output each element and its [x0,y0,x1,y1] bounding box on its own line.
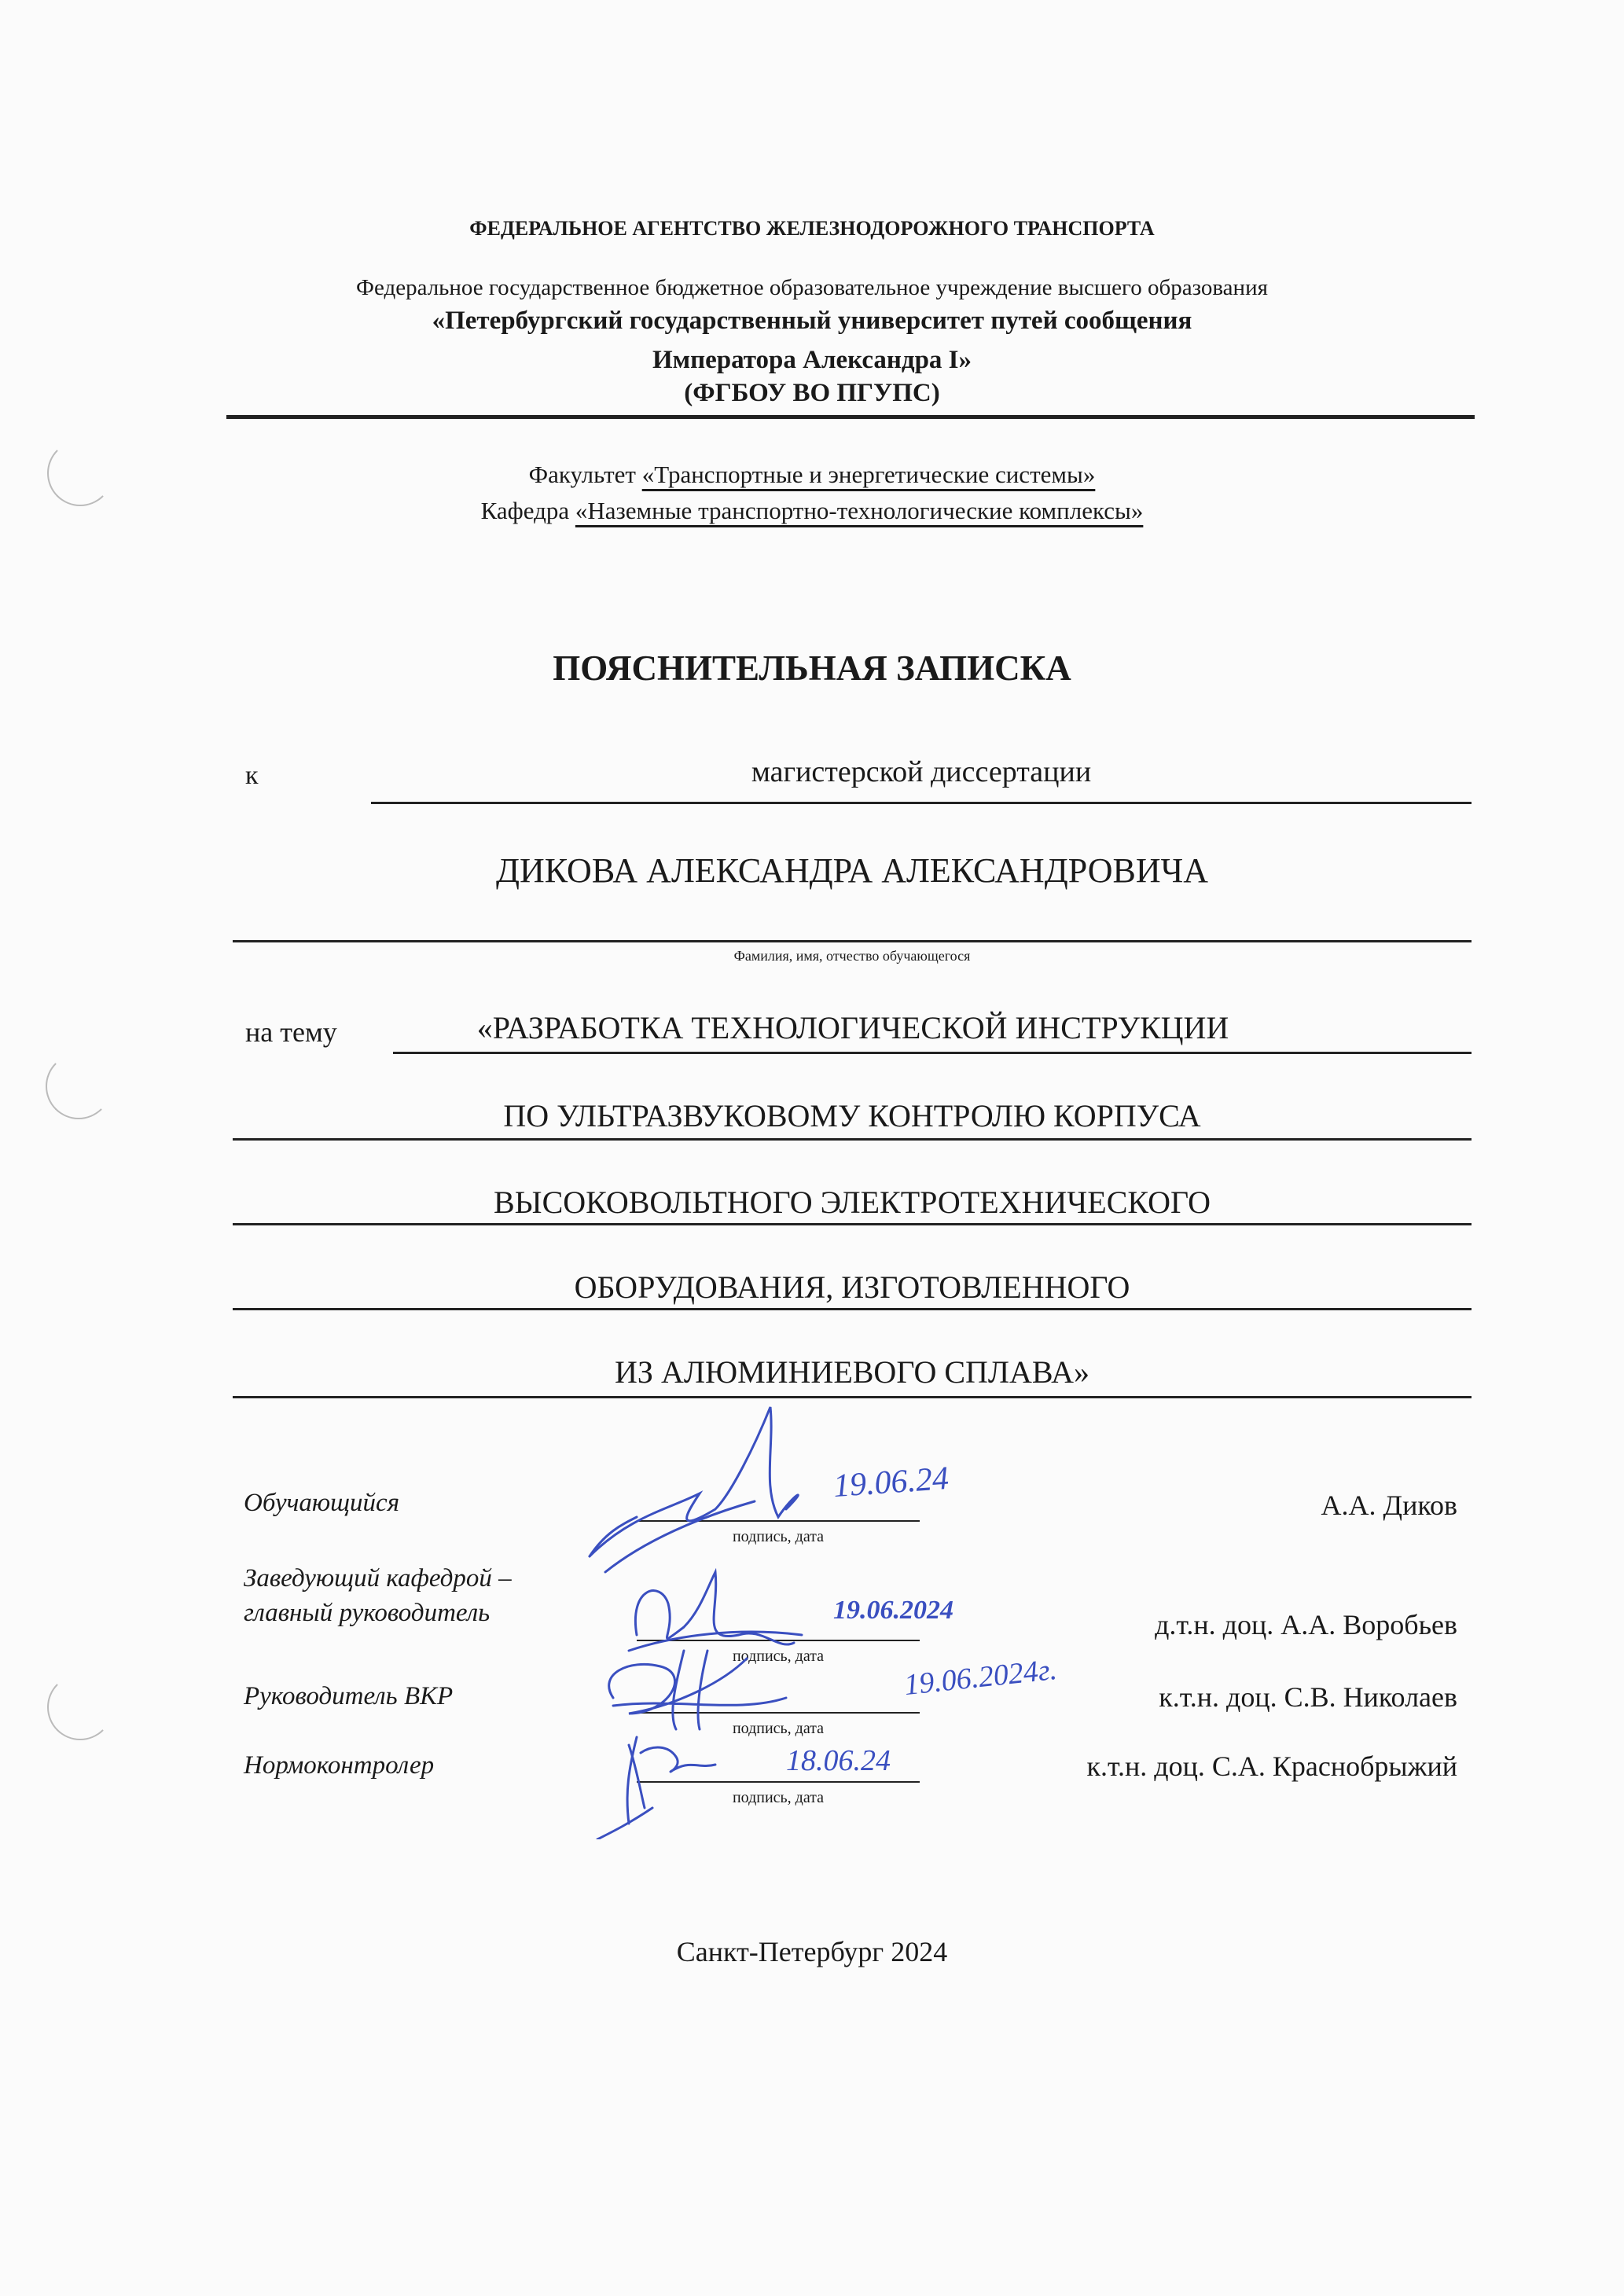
topic-line-5: ИЗ АЛЮМИНИЕВОГО СПЛАВА» [233,1354,1472,1390]
faculty-label: Факультет [529,461,636,488]
topic-underline-4 [233,1308,1472,1310]
topic-underline-2 [233,1138,1472,1141]
work-type-underline [371,802,1472,804]
to-label: к [245,761,259,791]
city-year: Санкт-Петербург 2024 [0,1935,1624,1968]
punch-hole-mark [47,1674,113,1740]
topic-underline-5 [233,1396,1472,1398]
header-divider [226,415,1475,419]
topic-underline-3 [233,1223,1472,1225]
student-name: ДИКОВА АЛЕКСАНДРА АЛЕКСАНДРОВИЧА [233,850,1472,891]
institution-type: Федеральное государственное бюджетное об… [0,275,1624,301]
agency-name: ФЕДЕРАЛЬНОЕ АГЕНТСТВО ЖЕЛЕЗНОДОРОЖНОГО Т… [0,217,1624,241]
signatory-role: Заведующий кафедрой – [244,1564,512,1593]
student-name-caption: Фамилия, имя, отчество обучающегося [233,948,1472,964]
department-name: «Наземные транспортно-технологические ко… [575,497,1143,524]
department-label: Кафедра [481,497,570,524]
document-type-title: ПОЯСНИТЕЛЬНАЯ ЗАПИСКА [0,648,1624,689]
signatory-role: Нормоконтролер [244,1751,434,1780]
signatory-role: Руководитель ВКР [244,1682,453,1711]
university-name-line2: Императора Александра I» [0,346,1624,375]
topic-line-3: ВЫСОКОВОЛЬТНОГО ЭЛЕКТРОТЕХНИЧЕСКОГО [233,1184,1472,1221]
topic-line-1: «РАЗРАБОТКА ТЕХНОЛОГИЧЕСКОЙ ИНСТРУКЦИИ [393,1009,1313,1046]
faculty-line: Факультет «Транспортные и энергетические… [0,461,1624,489]
department-line: Кафедра «Наземные транспортно-технологич… [0,497,1624,525]
signatory-name: д.т.н. доц. А.А. Воробьев [1155,1608,1457,1641]
handwritten-signatures [582,1399,1053,1839]
signatory-name: к.т.н. доц. С.В. Николаев [1159,1681,1457,1714]
signatory-role-line2: главный руководитель [244,1599,490,1628]
topic-line-2: ПО УЛЬТРАЗВУКОВОМУ КОНТРОЛЮ КОРПУСА [233,1097,1472,1134]
topic-label: на тему [245,1016,337,1049]
work-type: магистерской диссертации [371,755,1472,789]
university-abbreviation: (ФГБОУ ВО ПГУПС) [0,379,1624,408]
university-name-line1: «Петербургский государственный университ… [0,307,1624,336]
topic-underline-1 [393,1052,1472,1054]
signatory-name: А.А. Диков [1321,1489,1457,1522]
topic-line-4: ОБОРУДОВАНИЯ, ИЗГОТОВЛЕННОГО [233,1269,1472,1306]
signatory-role: Обучающийся [244,1489,399,1518]
signatory-name: к.т.н. доц. С.А. Краснобрыжий [1086,1750,1457,1783]
faculty-name: «Транспортные и энергетические системы» [642,461,1096,488]
punch-hole-mark [46,1053,112,1119]
student-name-underline [233,940,1472,942]
